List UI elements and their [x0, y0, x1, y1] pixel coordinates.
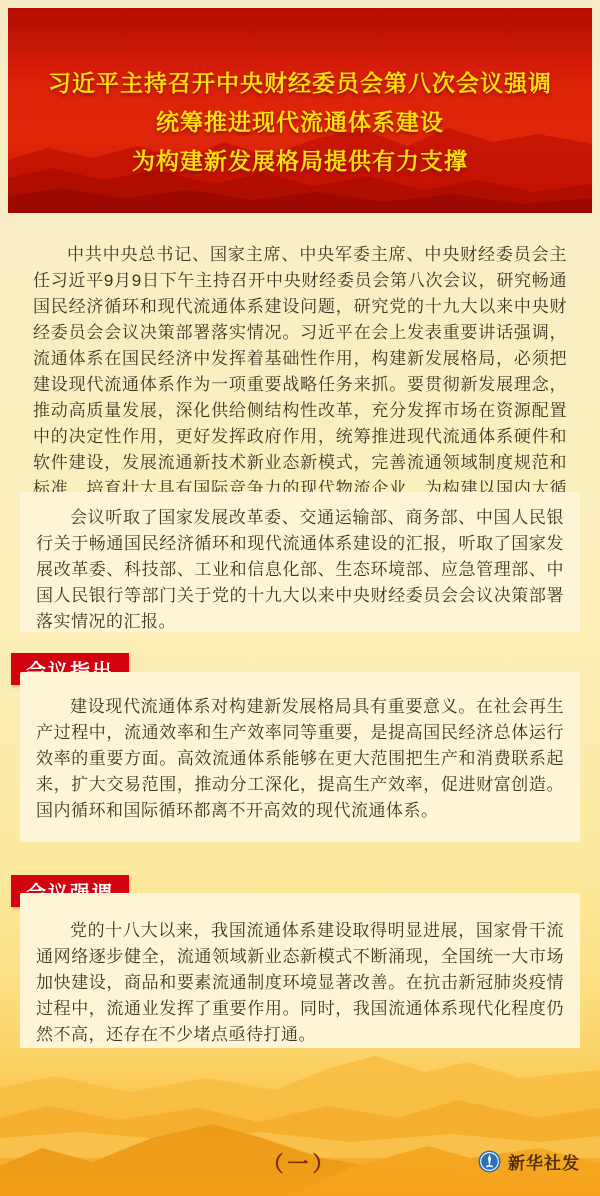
section-2-box: 党的十八大以来，我国流通体系建设取得明显进展，国家骨干流通网络逐步健全，流通领域…: [20, 893, 580, 1048]
section-1-box: 建设现代流通体系对构建新发展格局具有重要意义。在社会再生产过程中，流通效率和生产…: [20, 672, 580, 842]
title-line-3: 为构建新发展格局提供有力支撑: [8, 142, 592, 181]
page-title: 习近平主持召开中央财经委员会第八次会议强调 统筹推进现代流通体系建设 为构建新发…: [8, 64, 592, 181]
agency-credit-label: 新华社发: [508, 1149, 580, 1174]
intro-paragraph-2-box: 会议听取了国家发展改革委、交通运输部、商务部、中国人民银行关于畅通国民经济循环和…: [20, 492, 580, 632]
section-1-paragraph: 建设现代流通体系对构建新发展格局具有重要意义。在社会再生产过程中，流通效率和生产…: [36, 694, 564, 824]
xinhua-logo-icon: [478, 1150, 501, 1173]
header-banner: 习近平主持召开中央财经委员会第八次会议强调 统筹推进现代流通体系建设 为构建新发…: [8, 8, 592, 213]
agency-credit: 新华社发: [478, 1149, 580, 1174]
intro-paragraph-1: 中共中央总书记、国家主席、中央军委主席、中央财经委员会主任习近平9月9日下午主持…: [33, 242, 567, 528]
title-line-1: 习近平主持召开中央财经委员会第八次会议强调: [8, 64, 592, 103]
news-poster: 习近平主持召开中央财经委员会第八次会议强调 统筹推进现代流通体系建设 为构建新发…: [0, 0, 600, 1196]
section-2-paragraph: 党的十八大以来，我国流通体系建设取得明显进展，国家骨干流通网络逐步健全，流通领域…: [36, 918, 564, 1048]
title-line-2: 统筹推进现代流通体系建设: [8, 103, 592, 142]
intro-paragraph-2: 会议听取了国家发展改革委、交通运输部、商务部、中国人民银行关于畅通国民经济循环和…: [36, 505, 564, 635]
